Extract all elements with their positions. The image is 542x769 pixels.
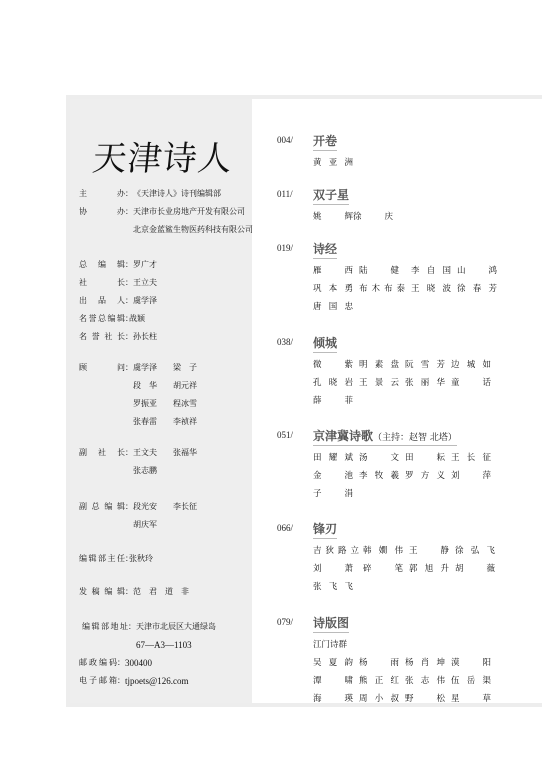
author-list: 雁 西陆 健李自国山 鸿 巩本勇布木布泰王晓波徐春芳 唐国忠 xyxy=(313,262,497,316)
section-host: （主持：赵智 北塔） xyxy=(373,433,457,443)
author-list: 吉狄路立韩嫺伟王 静徐弘飞 刘 萧碎 笔郭旭升胡 薇 张飞飞 xyxy=(313,542,495,596)
postal-block: 邮政编码：300400 电子邮箱：tjpoets@126.com xyxy=(79,654,189,690)
vice-presidents-block: 副 社 长：王文夫张福华 张志鹏 xyxy=(79,444,213,480)
author-list: 黄亚洲 xyxy=(313,154,353,172)
section-title[interactable]: 双子星 xyxy=(313,186,349,205)
masthead-panel: 天津诗人 主 办：《天津诗人》诗刊编辑部 协 办：天津市长业房地产开发有限公司 … xyxy=(70,99,252,703)
section-title[interactable]: 诗经 xyxy=(313,240,337,259)
author-list: 微 紫明素盘阮雪芳边城如 孔晓岩王景云张丽华童 话 薛 菲 xyxy=(313,356,491,410)
page-number: 019/ xyxy=(277,243,293,253)
page-number: 051/ xyxy=(277,430,293,440)
section-title[interactable]: 倾城 xyxy=(313,334,337,353)
author-list: 江门诗群 吴夏韵杨 雨杨肖坤漠 阳 潭 啸熊正红张志伟伍岳渠 海 瑛周小叔野 松… xyxy=(313,636,491,708)
sponsors-block: 主 办：《天津诗人》诗刊编辑部 协 办：天津市长业房地产开发有限公司 北京金蓝鲨… xyxy=(79,185,253,239)
issue-editors-block: 发稿编辑：范 君 道 非 xyxy=(79,583,189,601)
deputy-editors-block: 副总编辑：段光安李长征 胡庆军 xyxy=(79,498,213,534)
section-title[interactable]: 诗版图 xyxy=(313,614,349,633)
editorial-director-block: 编辑部主任：张秋玲 xyxy=(79,550,153,568)
section-title[interactable]: 开卷 xyxy=(313,132,337,151)
email-link[interactable]: tjpoets@126.com xyxy=(125,672,189,690)
editors-block: 总 编 辑：罗广才 社 长：王立夫 出 品 人：虞学泽 名誉总编辑：战颖 名誉社… xyxy=(79,256,157,346)
contact-block: 编辑部地址：天津市北辰区大通绿岛 67—A3—1103 xyxy=(82,618,216,654)
page-number: 011/ xyxy=(277,189,293,199)
author-list: 田耀斌汤 文田 耘王长征 金 池李牧羲罗方义刘 萍 子 涓 xyxy=(313,449,491,503)
advisors-block: 顾 问：虞学泽梁 子 段 华胡元祥 罗振亚程冰雪 张春雷李祯祥 xyxy=(79,359,213,431)
section-title[interactable]: 京津冀诗歌（主持：赵智 北塔） xyxy=(313,427,457,446)
section-title[interactable]: 锋刃 xyxy=(313,520,337,539)
page-number: 004/ xyxy=(277,135,293,145)
magazine-logo: 天津诗人 xyxy=(85,131,240,180)
page-number: 066/ xyxy=(277,523,293,533)
page-number: 038/ xyxy=(277,337,293,347)
author-list: 姚 辉徐 庆 xyxy=(313,208,393,226)
page-number: 079/ xyxy=(277,617,293,627)
section-subtitle: 江门诗群 xyxy=(313,636,491,654)
